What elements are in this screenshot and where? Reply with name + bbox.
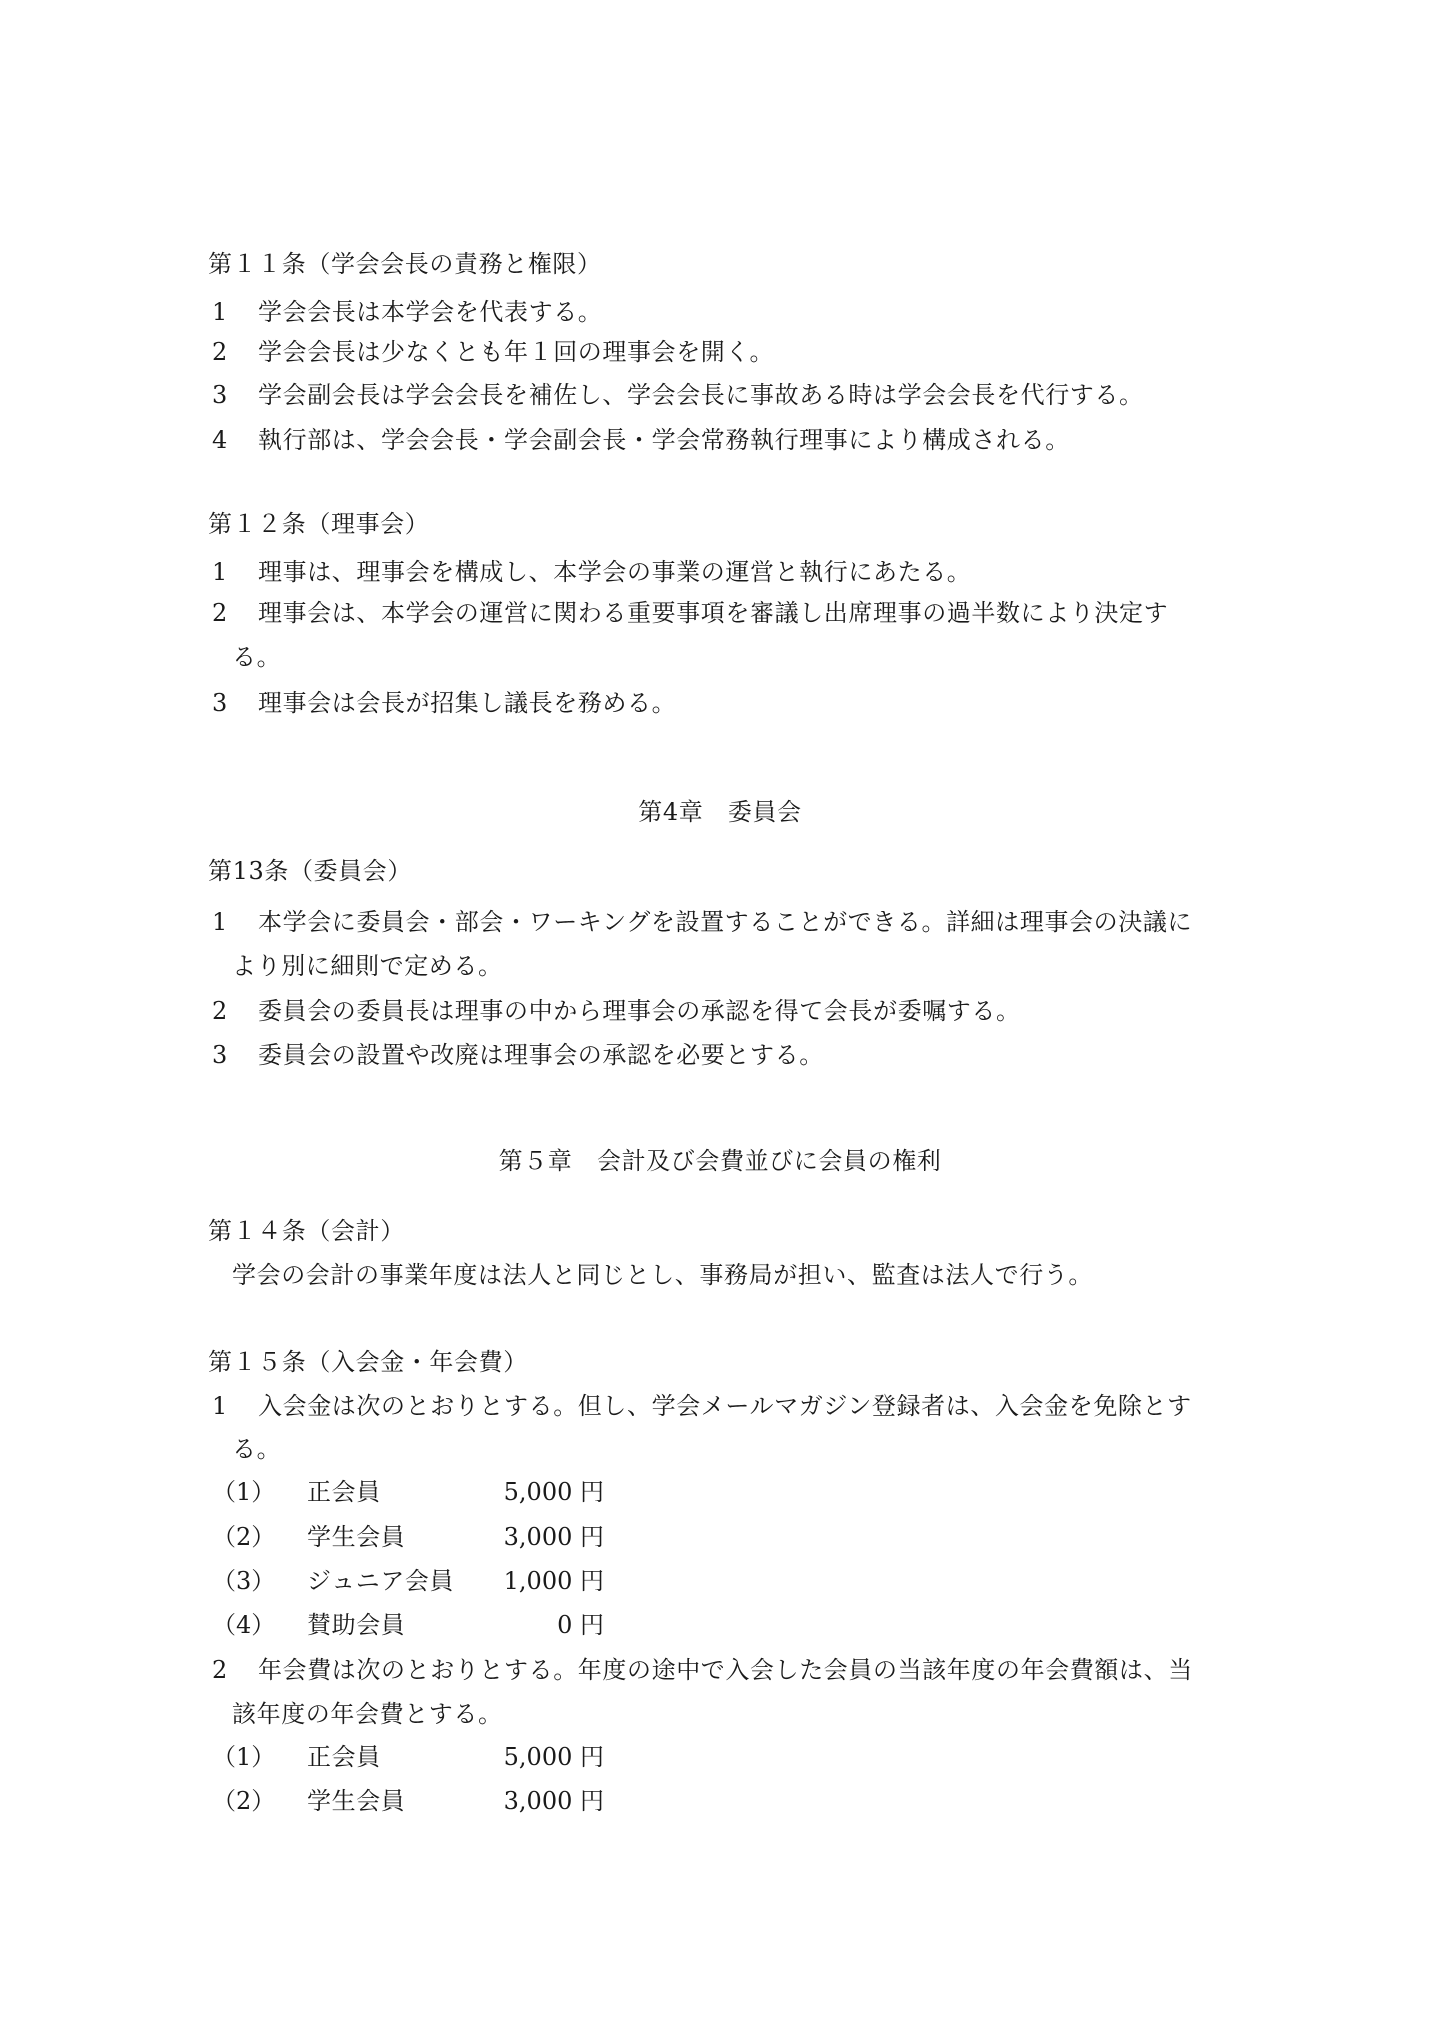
article-12-para-3-text: 理事会は会長が招集し議長を務める。 — [258, 688, 676, 718]
annual-fee-1-amount: 5,000 円 — [430, 1742, 604, 1772]
entrance-fee-3-label: （3） — [212, 1566, 275, 1596]
article-15-title: 第１５条（入会金・年会費） — [208, 1347, 528, 1377]
entrance-fee-2-amount: 3,000 円 — [430, 1522, 604, 1552]
article-15-para-1-number: 1 — [212, 1391, 227, 1421]
entrance-fee-1-name: 正会員 — [307, 1477, 381, 1507]
article-12-para-1-number: 1 — [212, 557, 227, 587]
article-13-para-2-number: 2 — [212, 996, 227, 1026]
entrance-fee-4-amount: 0 円 — [430, 1610, 604, 1640]
entrance-fee-2-label: （2） — [212, 1522, 275, 1552]
annual-fee-1-name: 正会員 — [307, 1742, 381, 1772]
article-12-para-3-number: 3 — [212, 688, 227, 718]
article-13-para-3-text: 委員会の設置や改廃は理事会の承認を必要とする。 — [258, 1040, 824, 1070]
article-13-para-1-continuation: より別に細則で定める。 — [232, 951, 503, 981]
annual-fee-1-label: （1） — [212, 1742, 275, 1772]
document-page: 第１１条（学会会長の責務と権限） 1 学会会長は本学会を代表する。 2 学会会長… — [0, 0, 1440, 2036]
entrance-fee-2-name: 学生会員 — [307, 1522, 405, 1552]
article-12-para-2-continuation: る。 — [232, 642, 281, 672]
article-15-para-2-continuation: 該年度の年会費とする。 — [232, 1699, 503, 1729]
article-12-para-1-text: 理事は、理事会を構成し、本学会の事業の運営と執行にあたる。 — [258, 557, 971, 587]
article-13-title: 第13条（委員会） — [208, 856, 412, 886]
article-15-para-2-number: 2 — [212, 1655, 227, 1685]
article-15-para-2-text: 年会費は次のとおりとする。年度の途中で入会した会員の当該年度の年会費額は、当 — [258, 1655, 1193, 1685]
article-15-para-1-continuation: る。 — [232, 1434, 281, 1464]
article-11-para-1-number: 1 — [212, 297, 227, 327]
article-11-para-2-text: 学会会長は少なくとも年１回の理事会を開く。 — [258, 337, 774, 367]
article-11-para-3-text: 学会副会長は学会会長を補佐し、学会会長に事故ある時は学会会長を代行する。 — [258, 380, 1144, 410]
entrance-fee-1-label: （1） — [212, 1477, 275, 1507]
article-13-para-3-number: 3 — [212, 1040, 227, 1070]
article-14-body: 学会の会計の事業年度は法人と同じとし、事務局が担い、監査は法人で行う。 — [232, 1260, 1093, 1290]
entrance-fee-4-name: 賛助会員 — [307, 1610, 405, 1640]
annual-fee-2-name: 学生会員 — [307, 1786, 405, 1816]
article-14-title: 第１４条（会計） — [208, 1216, 405, 1246]
annual-fee-2-label: （2） — [212, 1786, 275, 1816]
article-11-para-4-text: 執行部は、学会会長・学会副会長・学会常務執行理事により構成される。 — [258, 425, 1070, 455]
article-11-title: 第１１条（学会会長の責務と権限） — [208, 249, 602, 279]
article-11-para-1-text: 学会会長は本学会を代表する。 — [258, 297, 602, 327]
article-13-para-1-text: 本学会に委員会・部会・ワーキングを設置することができる。詳細は理事会の決議に — [258, 907, 1192, 937]
article-13-para-1-number: 1 — [212, 907, 227, 937]
chapter-5-heading: 第５章 会計及び会費並びに会員の権利 — [208, 1146, 1232, 1176]
entrance-fee-3-amount: 1,000 円 — [430, 1566, 604, 1596]
article-13-para-2-text: 委員会の委員長は理事の中から理事会の承認を得て会長が委嘱する。 — [258, 996, 1021, 1026]
article-12-para-2-number: 2 — [212, 598, 227, 628]
annual-fee-2-amount: 3,000 円 — [430, 1786, 604, 1816]
entrance-fee-1-amount: 5,000 円 — [430, 1477, 604, 1507]
article-11-para-2-number: 2 — [212, 337, 227, 367]
article-11-para-4-number: 4 — [212, 425, 227, 455]
entrance-fee-4-label: （4） — [212, 1610, 275, 1640]
article-12-title: 第１２条（理事会） — [208, 509, 429, 539]
article-11-para-3-number: 3 — [212, 380, 227, 410]
article-12-para-2-text: 理事会は、本学会の運営に関わる重要事項を審議し出席理事の過半数により決定す — [258, 598, 1168, 628]
article-15-para-1-text: 入会金は次のとおりとする。但し、学会メールマガジン登録者は、入会金を免除とす — [258, 1391, 1192, 1421]
chapter-4-heading: 第4章 委員会 — [208, 797, 1232, 827]
